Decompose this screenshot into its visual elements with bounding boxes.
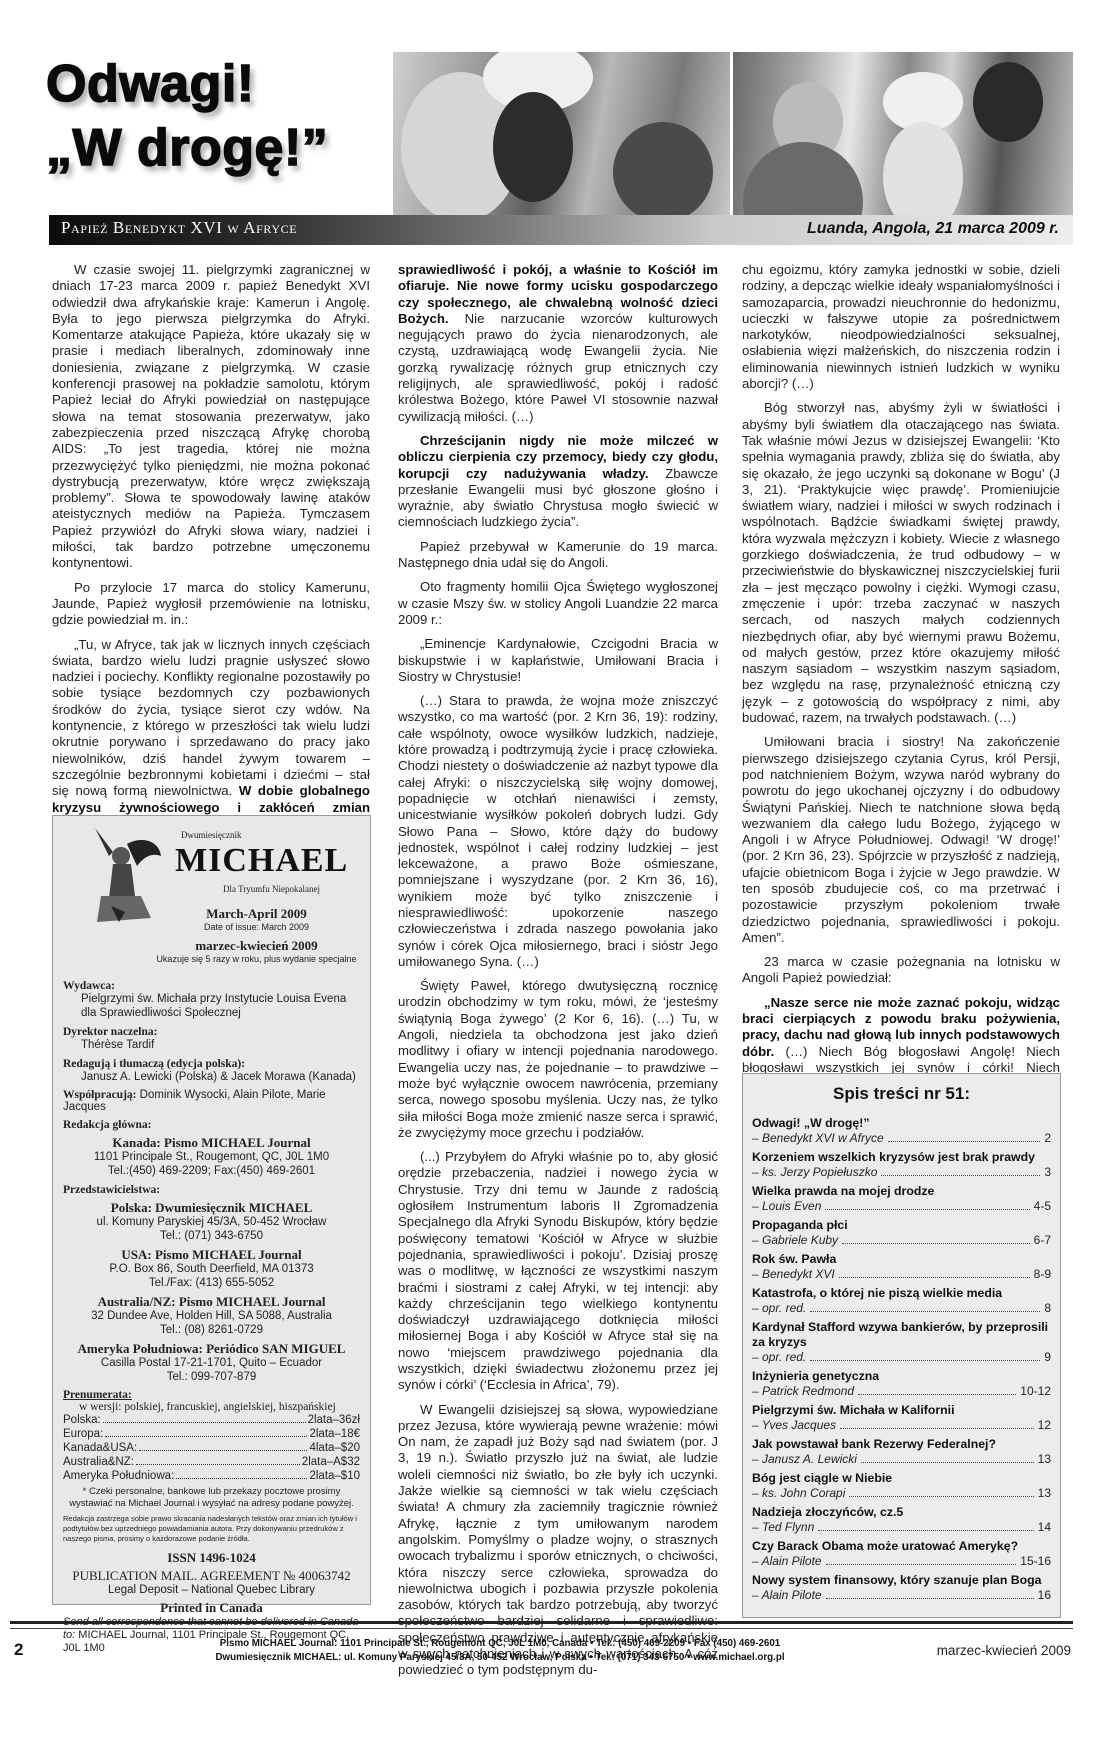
- leader-dots: [105, 1427, 307, 1437]
- office-title: Polska: Dwumiesięcznik MICHAEL: [63, 1200, 360, 1216]
- office-phone: Tel./Fax: (413) 655-5052: [63, 1277, 360, 1291]
- toc-entry-page: 13: [1038, 1452, 1051, 1467]
- office-phone: Tel.:(450) 469-2209; Fax:(450) 469-2601: [63, 1165, 360, 1179]
- toc-entry[interactable]: Katastrofa, o której nie piszą wielkie m…: [752, 1286, 1051, 1316]
- toc-entry[interactable]: Nadzieja złoczyńców, cz.5– Ted Flynn14: [752, 1505, 1051, 1535]
- price-region: Australia&NZ:: [63, 1455, 134, 1469]
- toc-entry-author: – Benedykt XVI w Afryce: [752, 1131, 884, 1146]
- issue-english: March-April 2009: [153, 906, 360, 922]
- toc-entry[interactable]: Rok św. Pawła– Benedykt XVI8-9: [752, 1252, 1051, 1282]
- paragraph: chu egoizmu, który zamyka jednostki w so…: [742, 262, 1060, 392]
- issue-frequency: Ukazuje się 5 razy w roku, plus wydanie …: [153, 954, 360, 964]
- publisher-value: Pielgrzymi św. Michała przy Instytucie L…: [63, 992, 360, 1020]
- paragraph: „Eminencje Kardynałowie, Czcigodni Braci…: [398, 636, 718, 685]
- masthead-header: Dwumiesięcznik MICHAEL Dla Tryumfu Niepo…: [63, 824, 360, 974]
- toc-entry-title: Odwagi! „W drogę!”: [752, 1116, 1051, 1131]
- office-phone: Tel.: (071) 343-6750: [63, 1230, 360, 1244]
- price-value: 2lata–18€: [309, 1427, 360, 1441]
- footer-issue: marzec-kwiecień 2009: [937, 1643, 1071, 1658]
- leader-dots: [139, 1441, 307, 1451]
- toc-entry-author: – Alain Pilote: [752, 1554, 822, 1569]
- footer-contact: Pismo MICHAEL Journal: 1101 Principale S…: [147, 1636, 854, 1664]
- toc-entry-author: – Ted Flynn: [752, 1520, 814, 1535]
- issue-date: Date of issue: March 2009: [153, 922, 360, 932]
- toc-entry-title: Jak powstawał bank Rezerwy Federalnej?: [752, 1437, 1051, 1452]
- issn: ISSN 1496-1024: [63, 1550, 360, 1566]
- toc-entry[interactable]: Bóg jest ciągle w Niebie– ks. John Corap…: [752, 1471, 1051, 1501]
- leader-dots: [840, 1418, 1034, 1429]
- toc-entry-page: 15-16: [1020, 1554, 1051, 1569]
- toc-entry-author: – ks. Jerzy Popiełuszko: [752, 1165, 877, 1180]
- legal-deposit: Legal Deposit – National Quebec Library: [63, 1584, 360, 1596]
- price-region: Ameryka Południowa:: [63, 1469, 174, 1483]
- paragraph-text: Nie narzucanie wzorców kulturowych neguj…: [398, 311, 718, 424]
- paragraph: sprawiedliwość i pokój, a właśnie to Koś…: [398, 262, 718, 425]
- paragraph: Umiłowani bracia i siostry! Na zakończen…: [742, 734, 1060, 946]
- price-value: 2lata–36zł: [308, 1413, 360, 1427]
- rep-office: USA: Pismo MICHAEL Journal P.O. Box 86, …: [63, 1247, 360, 1290]
- price-value: 2lata–$10: [309, 1469, 360, 1483]
- paragraph: Bóg stworzył nas, abyśmy żyli w światłoś…: [742, 400, 1060, 726]
- office-address: Casilla Postal 17-21-1701, Quito – Ecuad…: [63, 1357, 360, 1371]
- price-region: Polska:: [63, 1413, 101, 1427]
- toc-entry-title: Korzeniem wszelkich kryzysów jest brak p…: [752, 1150, 1051, 1165]
- price-region: Europa:: [63, 1427, 103, 1441]
- toc-entry-author: – ks. John Corapi: [752, 1486, 845, 1501]
- toc-entry-title: Wielka prawda na mojej drodze: [752, 1184, 1051, 1199]
- section-banner: Papież Benedykt XVI w Afryce Luanda, Ang…: [49, 215, 1073, 245]
- toc-entry[interactable]: Wielka prawda na mojej drodze– Louis Eve…: [752, 1184, 1051, 1214]
- office-title: Australia/NZ: Pismo MICHAEL Journal: [63, 1294, 360, 1310]
- toc-entry-author: – Patrick Redmond: [752, 1384, 854, 1399]
- toc-entry-page: 10-12: [1020, 1384, 1051, 1399]
- printed-in: Printed in Canada: [63, 1600, 360, 1616]
- photo-pope-embracing-child: [393, 52, 730, 215]
- toc-entry-author: – Gabriele Kuby: [752, 1233, 838, 1248]
- price-row: Ameryka Południowa:2lata–$10: [63, 1469, 360, 1483]
- price-row: Kanada&USA:4lata–$20: [63, 1441, 360, 1455]
- toc-entry-title: Nowy system finansowy, który szanuje pla…: [752, 1573, 1051, 1588]
- leader-dots: [176, 1469, 307, 1479]
- toc-entry-title: Czy Barack Obama może uratować Amerykę?: [752, 1539, 1051, 1554]
- director-label: Dyrektor naczelna:: [63, 1026, 360, 1038]
- toc-entry-author: – Louis Even: [752, 1199, 821, 1214]
- headline-line-1: Odwagi!: [46, 52, 386, 116]
- paragraph: Oto fragmenty homilii Ojca Świętego wygł…: [398, 579, 718, 628]
- footer-divider: [10, 1621, 1073, 1624]
- paragraph: Po przylocie 17 marca do stolicy Kamerun…: [52, 580, 370, 629]
- toc-entry-page: 16: [1038, 1588, 1051, 1603]
- subscription-label: Prenumerata:: [63, 1389, 360, 1401]
- leader-dots: [858, 1384, 1016, 1395]
- headline-line-2: „W drogę!”: [46, 116, 386, 180]
- toc-entry-page: 6-7: [1034, 1233, 1051, 1248]
- toc-entry[interactable]: Odwagi! „W drogę!”– Benedykt XVI w Afryc…: [752, 1116, 1051, 1146]
- toc-entry[interactable]: Propaganda płci– Gabriele Kuby6-7: [752, 1218, 1051, 1248]
- publication-mail-agreement: PUBLICATION MAIL. AGREEMENT № 40063742: [63, 1568, 360, 1584]
- toc-entry-author: – opr. red.: [752, 1301, 806, 1316]
- paragraph: Chrześcijanin nigdy nie może milczeć w o…: [398, 433, 718, 531]
- office-address: 1101 Principale St., Rougemont, QC, J0L …: [63, 1151, 360, 1165]
- price-row: Australia&NZ:2lata–A$32: [63, 1455, 360, 1469]
- office-title: Ameryka Południowa: Periódico SAN MIGUEL: [63, 1341, 360, 1357]
- price-value: 2lata–A$32: [302, 1455, 360, 1469]
- toc-entry-page: 14: [1038, 1520, 1051, 1535]
- toc-entry-page: 12: [1038, 1418, 1051, 1433]
- toc-entry-page: 2: [1044, 1131, 1051, 1146]
- office-title: Kanada: Pismo MICHAEL Journal: [63, 1135, 360, 1151]
- toc-entry[interactable]: Kardynał Stafford wzywa bankierów, by pr…: [752, 1320, 1051, 1365]
- dateline: Luanda, Angola, 21 marca 2009 r.: [807, 220, 1059, 238]
- footer-line-poland: Dwumiesięcznik MICHAEL: ul. Komuny Parys…: [147, 1650, 854, 1664]
- table-of-contents: Spis treści nr 51: Odwagi! „W drogę!”– B…: [742, 1073, 1061, 1618]
- office-title: USA: Pismo MICHAEL Journal: [63, 1247, 360, 1263]
- masthead-box: Dwumiesięcznik MICHAEL Dla Tryumfu Niepo…: [52, 815, 371, 1605]
- paragraph: Papież przebywał w Kamerunie do 19 marca…: [398, 539, 718, 572]
- leader-dots: [136, 1455, 300, 1465]
- toc-entry[interactable]: Jak powstawał bank Rezerwy Federalnej?– …: [752, 1437, 1051, 1467]
- subscription-versions: w wersji: polskiej, francuskiej, angiels…: [63, 1401, 360, 1413]
- photo-pope-greeting-crowd: [733, 52, 1073, 215]
- collaborators: Współpracują: Dominik Wysocki, Alain Pil…: [63, 1089, 360, 1113]
- article-column-1: W czasie swojej 11. pielgrzymki zagranic…: [52, 262, 370, 873]
- toc-entry-author: – Benedykt XVI: [752, 1267, 835, 1282]
- toc-entry-title: Inżynieria genetyczna: [752, 1369, 1051, 1384]
- article-column-2: sprawiedliwość i pokój, a właśnie to Koś…: [398, 262, 718, 1687]
- collaborators-label: Współpracują:: [63, 1089, 136, 1101]
- masthead-frequency-label: Dwumiesięcznik: [181, 830, 241, 840]
- rep-office: Australia/NZ: Pismo MICHAEL Journal 32 D…: [63, 1294, 360, 1337]
- toc-entry-title: Nadzieja złoczyńców, cz.5: [752, 1505, 1051, 1520]
- paragraph-text: „Tu, w Afryce, tak jak w licznych innych…: [52, 637, 370, 799]
- toc-title: Spis treści nr 51:: [752, 1084, 1051, 1104]
- article-column-3: chu egoizmu, który zamyka jednostki w so…: [742, 262, 1060, 1117]
- toc-entry[interactable]: Inżynieria genetyczna– Patrick Redmond10…: [752, 1369, 1051, 1399]
- publisher-label: Wydawca:: [63, 980, 360, 992]
- toc-entry-author: – Janusz A. Lewicki: [752, 1452, 857, 1467]
- leader-dots: [818, 1520, 1033, 1531]
- leader-dots: [881, 1165, 1040, 1176]
- toc-entry-page: 3: [1044, 1165, 1051, 1180]
- cheque-note: * Czeki personalne, bankowe lub przekazy…: [63, 1486, 360, 1509]
- toc-entry-title: Propaganda płci: [752, 1218, 1051, 1233]
- main-office-label: Redakcja główna:: [63, 1119, 360, 1131]
- paragraph: (…) Stara to prawda, że wojna może znisz…: [398, 693, 718, 970]
- toc-entry-title: Rok św. Pawła: [752, 1252, 1051, 1267]
- leader-dots: [825, 1199, 1029, 1210]
- toc-entry-page: 8-9: [1034, 1267, 1051, 1282]
- editors-label: Redagują i tłumaczą (edycja polska):: [63, 1058, 360, 1070]
- footer-divider: [10, 1628, 1073, 1629]
- rep-office: Polska: Dwumiesięcznik MICHAEL ul. Komun…: [63, 1200, 360, 1243]
- price-region: Kanada&USA:: [63, 1441, 137, 1455]
- toc-entry-page: 4-5: [1034, 1199, 1051, 1214]
- toc-entry[interactable]: Korzeniem wszelkich kryzysów jest brak p…: [752, 1150, 1051, 1180]
- paragraph: Święty Paweł, którego dwutysięczną roczn…: [398, 978, 718, 1141]
- office-phone: Tel.: (08) 8261-0729: [63, 1324, 360, 1338]
- leader-dots: [810, 1301, 1040, 1312]
- toc-entry[interactable]: Nowy system finansowy, który szanuje pla…: [752, 1573, 1051, 1603]
- masthead-tagline: Dla Tryumfu Niepokalanej: [223, 884, 320, 894]
- toc-entry-page: 9: [1044, 1350, 1051, 1365]
- editors-value: Janusz A. Lewicki (Polska) & Jacek Moraw…: [63, 1070, 360, 1084]
- office-address: P.O. Box 86, South Deerfield, MA 01373: [63, 1263, 360, 1277]
- toc-entry[interactable]: Pielgrzymi św. Michała w Kalifornii– Yve…: [752, 1403, 1051, 1433]
- toc-entry-author: – Alain Pilote: [752, 1588, 822, 1603]
- toc-entry[interactable]: Czy Barack Obama może uratować Amerykę?–…: [752, 1539, 1051, 1569]
- office-address: 32 Dundee Ave, Holden Hill, SA 5088, Aus…: [63, 1310, 360, 1324]
- office-address: ul. Komuny Paryskiej 45/3A, 50-452 Wrocł…: [63, 1216, 360, 1230]
- toc-entry-title: Kardynał Stafford wzywa bankierów, by pr…: [752, 1320, 1051, 1350]
- toc-entry-title: Katastrofa, o której nie piszą wielkie m…: [752, 1286, 1051, 1301]
- toc-entry-title: Pielgrzymi św. Michała w Kalifornii: [752, 1403, 1051, 1418]
- page-number: 2: [14, 1640, 23, 1660]
- headline: Odwagi! „W drogę!”: [46, 52, 386, 180]
- leader-dots: [826, 1554, 1017, 1565]
- masthead-logo: MICHAEL: [175, 842, 348, 880]
- section-title: Papież Benedykt XVI w Afryce: [61, 218, 297, 238]
- paragraph: (...) Przybyłem do Afryki właśnie po to,…: [398, 1149, 718, 1393]
- price-row: Polska:2lata–36zł: [63, 1413, 360, 1427]
- leader-dots: [826, 1588, 1034, 1599]
- toc-entry-page: 8: [1044, 1301, 1051, 1316]
- issue-polish: marzec-kwiecień 2009: [153, 938, 360, 954]
- leader-dots: [888, 1131, 1041, 1142]
- toc-entry-title: Bóg jest ciągle w Niebie: [752, 1471, 1051, 1486]
- leader-dots: [810, 1350, 1040, 1361]
- toc-entry-author: – opr. red.: [752, 1350, 806, 1365]
- leader-dots: [849, 1486, 1033, 1497]
- rights-note: Redakcja zastrzega sobie prawo skracania…: [63, 1514, 360, 1544]
- toc-entry-author: – Yves Jacques: [752, 1418, 836, 1433]
- footer-line-canada: Pismo MICHAEL Journal: 1101 Principale S…: [147, 1636, 854, 1650]
- office-phone: Tel.: 099-707-879: [63, 1371, 360, 1385]
- price-value: 4lata–$20: [309, 1441, 360, 1455]
- leader-dots: [842, 1233, 1030, 1244]
- leader-dots: [103, 1413, 306, 1423]
- director-value: Thérèse Tardif: [63, 1038, 360, 1052]
- toc-entry-page: 13: [1038, 1486, 1051, 1501]
- paragraph: 23 marca w czasie pożegnania na lotnisku…: [742, 954, 1060, 987]
- leader-dots: [839, 1267, 1030, 1278]
- leader-dots: [861, 1452, 1034, 1463]
- price-row: Europa:2lata–18€: [63, 1427, 360, 1441]
- paragraph: W czasie swojej 11. pielgrzymki zagranic…: [52, 262, 370, 572]
- representatives-label: Przedstawicielstwa:: [63, 1184, 360, 1196]
- rep-office: Ameryka Południowa: Periódico SAN MIGUEL…: [63, 1341, 360, 1384]
